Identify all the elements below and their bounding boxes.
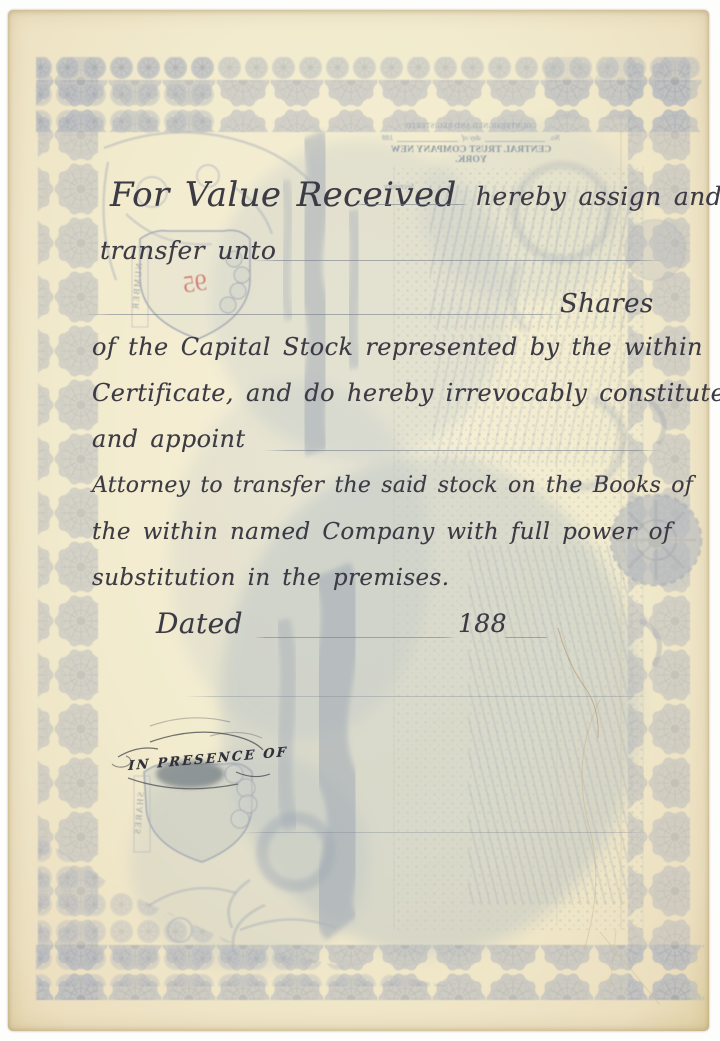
attorney-blank-line: [264, 450, 660, 451]
year-prefix-text: 188: [458, 611, 507, 636]
trust-company-bleed-block: COUNTERSIGNED AND REGISTERED No. day of …: [382, 122, 560, 165]
bleed-blank-line: [485, 134, 546, 142]
year-blank-line: [504, 637, 548, 638]
shares-word-text: Shares: [560, 291, 654, 317]
value-received-text: For Value Received: [110, 178, 457, 212]
bleed-trust-company-name: CENTRAL TRUST COMPANY NEW YORK.: [382, 145, 560, 165]
certificate-line-text: Certificate, and do hereby irrevocably c…: [92, 381, 720, 405]
assignor-blank-line: [356, 204, 468, 205]
attorney-line-text: Attorney to transfer the said stock on t…: [92, 475, 693, 497]
transferee-blank-line: [252, 260, 664, 261]
scanned-certificate-page: NUMBER 95 SHARES: [0, 0, 720, 1041]
dated-blank-line: [254, 637, 456, 638]
bleed-no-label: No.: [549, 133, 560, 142]
bleed-blank-line: [397, 134, 458, 142]
company-power-line-text: the within named Company with full power…: [92, 521, 672, 544]
and-appoint-text: and appoint: [92, 427, 245, 451]
signature-line: [184, 696, 648, 697]
bleed-year: 188: [382, 133, 393, 142]
shares-blank-line: [82, 314, 568, 315]
bleed-day-of-label: day of: [462, 133, 481, 142]
capital-stock-line-text: of the Capital Stock represented by the …: [92, 335, 703, 359]
dated-label-text: Dated: [156, 610, 243, 638]
witness-line: [240, 832, 648, 833]
hereby-assign-text: hereby assign and: [476, 184, 720, 209]
substitution-line-text: substitution in the premises.: [92, 567, 449, 590]
transfer-unto-text: transfer unto: [100, 238, 276, 263]
bleed-date-row: No. day of 188: [382, 133, 560, 142]
bleed-countersigned-text: COUNTERSIGNED AND REGISTERED: [382, 122, 560, 130]
